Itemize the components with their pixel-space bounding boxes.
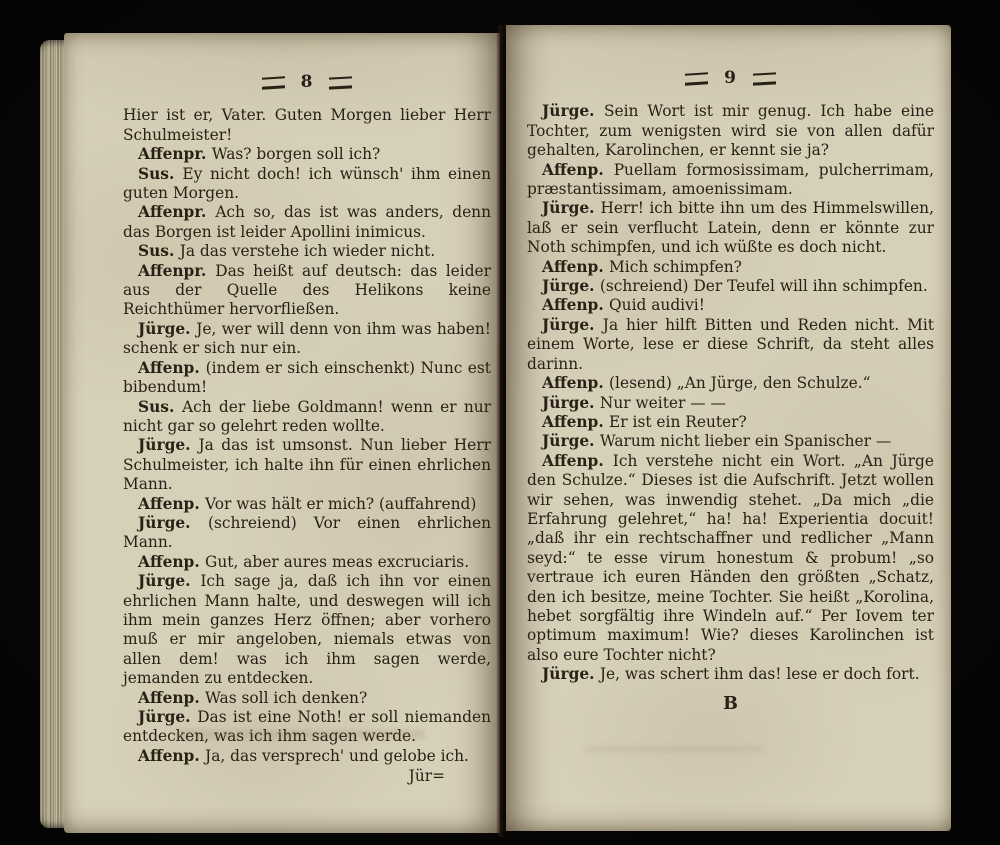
- speaker-name: Affenp.: [138, 553, 205, 571]
- dialogue-line: Jürge. Sein Wort ist mir genug. Ich habe…: [527, 102, 934, 160]
- dialogue-line: Jürge. Je, wer will denn von ihm was hab…: [123, 320, 491, 359]
- dialogue-line: Affenp. Puellam formosissimam, pulcherri…: [527, 161, 934, 200]
- left-page-content: 8 Hier ist er, Vater. Guten Morgen liebe…: [123, 73, 491, 787]
- dialogue-line: Jürge. Ja das ist umsonst. Nun lieber He…: [123, 436, 491, 494]
- dialogue-line: Jürge. Nur weiter — —: [527, 394, 934, 413]
- dialogue-line: Affenp. Ich verstehe nicht ein Wort. „An…: [527, 452, 934, 665]
- speaker-name: Affenp.: [138, 495, 205, 513]
- book-photo: 8 Hier ist er, Vater. Guten Morgen liebe…: [0, 0, 1000, 845]
- dialogue-line: Affenpr. Ach so, das ist was anders, den…: [123, 203, 491, 242]
- speaker-name: Jürge.: [542, 316, 603, 334]
- page-number-right: 9: [724, 69, 737, 88]
- speaker-name: Affenp.: [542, 161, 614, 179]
- header-rule-icon: [262, 76, 285, 90]
- dialogue-line: Jürge. (schreiend) Der Teufel will ihn s…: [527, 277, 934, 296]
- dialogue-line: Affenp. Mich schimpfen?: [527, 258, 934, 277]
- dialogue-line: Sus. Ach der liebe Goldmann! wenn er nur…: [123, 398, 491, 437]
- speaker-name: Affenpr.: [138, 262, 215, 280]
- speaker-name: Sus.: [138, 242, 180, 260]
- page-number-left: 8: [301, 73, 314, 92]
- speaker-name: Jürge.: [542, 394, 600, 412]
- speaker-name: Affenp.: [542, 258, 609, 276]
- left-page: 8 Hier ist er, Vater. Guten Morgen liebe…: [64, 33, 500, 833]
- speaker-name: Affenp.: [542, 413, 609, 431]
- speaker-name: Jürge.: [542, 277, 600, 295]
- dialogue-text-block: Hier ist er, Vater. Guten Morgen lieber …: [123, 106, 491, 766]
- dialogue-line: Affenp. Was soll ich denken?: [123, 689, 491, 708]
- dialogue-line: Jürge. (schreiend) Vor einen ehrlichen M…: [123, 514, 491, 553]
- dialogue-line: Affenpr. Was? borgen soll ich?: [123, 145, 491, 164]
- speaker-name: Jürge.: [542, 432, 600, 450]
- speaker-name: Affenp.: [542, 452, 613, 470]
- speaker-name: Jürge.: [138, 514, 208, 532]
- right-page: 9 Jürge. Sein Wort ist mir genug. Ich ha…: [506, 25, 951, 831]
- page-edges-stack: [40, 40, 66, 828]
- speaker-name: Jürge.: [138, 436, 198, 454]
- speaker-name: Affenpr.: [138, 203, 215, 221]
- speaker-name: Affenpr.: [138, 145, 212, 163]
- signature-mark: B: [527, 695, 934, 714]
- catchword: Jür=: [123, 767, 491, 786]
- dialogue-line: Affenp. Ja, das versprech' und gelobe ic…: [123, 747, 491, 766]
- dialogue-line: Jürge. Herr! ich bitte ihn um des Himmel…: [527, 199, 934, 257]
- dialogue-line: Affenpr. Das heißt auf deutsch: das leid…: [123, 262, 491, 320]
- dialogue-line: Affenp. Gut, aber aures meas excruciaris…: [123, 553, 491, 572]
- speaker-name: Jürge.: [138, 320, 196, 338]
- dialogue-line: Jürge. Ja hier hilft Bitten und Reden ni…: [527, 316, 934, 374]
- speaker-name: Jürge.: [542, 665, 600, 683]
- speaker-name: Jürge.: [542, 199, 600, 217]
- dialogue-line: Jürge. Warum nicht lieber ein Spanischer…: [527, 432, 934, 451]
- header-rule-icon: [753, 72, 776, 85]
- speaker-name: Affenp.: [138, 689, 205, 707]
- speaker-name: Sus.: [138, 398, 182, 416]
- speaker-name: Sus.: [138, 165, 182, 183]
- header-rule-icon: [685, 72, 708, 86]
- dialogue-line: Affenp. Vor was hält er mich? (auffahren…: [123, 495, 491, 514]
- dialogue-line: Sus. Ja das verstehe ich wieder nicht.: [123, 242, 491, 261]
- speaker-name: Affenp.: [138, 359, 206, 377]
- dialogue-line: Affenp. (lesend) „An Jürge, den Schulze.…: [527, 374, 934, 393]
- speaker-name: Affenp.: [138, 747, 205, 765]
- left-page-header: 8: [123, 73, 491, 92]
- speaker-name: Jürge.: [138, 708, 197, 726]
- dialogue-text-block: Jürge. Sein Wort ist mir genug. Ich habe…: [527, 102, 934, 684]
- speaker-name: Affenp.: [542, 296, 609, 314]
- dialogue-line: Jürge. Je, was schert ihm das! lese er d…: [527, 665, 934, 684]
- dialogue-line: Jürge. Ich sage ja, daß ich ihn vor eine…: [123, 572, 491, 688]
- speaker-name: Jürge.: [542, 102, 604, 120]
- right-page-header: 9: [527, 69, 934, 88]
- dialogue-line: Affenp. Quid audivi!: [527, 296, 934, 315]
- dialogue-line: Affenp. Er ist ein Reuter?: [527, 413, 934, 432]
- speaker-name: Affenp.: [542, 374, 609, 392]
- dialogue-line: Sus. Ey nicht doch! ich wünsch' ihm eine…: [123, 165, 491, 204]
- dialogue-line: Jürge. Das ist eine Noth! er soll nieman…: [123, 708, 491, 747]
- speaker-name: Jürge.: [138, 572, 200, 590]
- dialogue-line: Hier ist er, Vater. Guten Morgen lieber …: [123, 106, 491, 145]
- right-page-content: 9 Jürge. Sein Wort ist mir genug. Ich ha…: [527, 69, 934, 714]
- header-rule-icon: [329, 76, 352, 89]
- dialogue-line: Affenp. (indem er sich einschenkt) Nunc …: [123, 359, 491, 398]
